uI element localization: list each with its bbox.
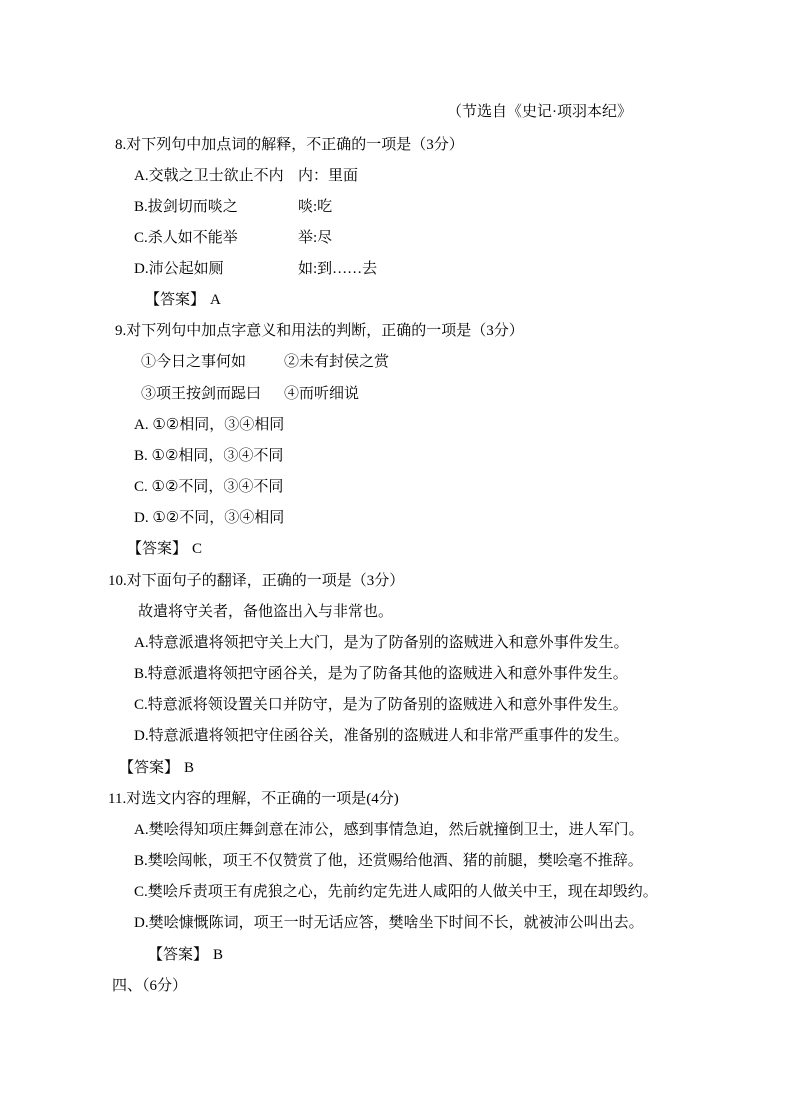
question-11-option-b: B.樊哙闯帐，项王不仅赞赏了他，还赏赐给他酒、猪的前腿，樊哙毫不推辞。 [134,851,643,871]
question-8-option-a: A.交戟之卫士欲止不内内：里面 [134,166,358,186]
answer-value: B [184,760,194,776]
question-10-option-c: C.特意派将领设置关口并防守，是为了防备别的盗贼进入和意外事件发生。 [134,695,628,715]
pair-left: ①今日之事何如 [141,352,284,372]
answer-value: C [192,541,202,557]
question-8-option-c: C.杀人如不能举举:尽 [134,228,332,248]
section-four-heading: 四、（6分） [112,976,187,996]
pair-right: ②未有封侯之赏 [284,354,389,370]
question-9-option-b: B. ①②相同，③④不同 [134,446,283,466]
question-8-answer: 【答案】A [145,290,221,310]
option-text: B.拔剑切而啖之 [134,197,298,217]
option-gloss: 如:到……去 [298,261,377,277]
question-11-option-d: D.樊哙慷慨陈词，项王一时无话应答，樊啥坐下时间不长，就被沛公叫出去。 [134,913,644,933]
option-gloss: 啖:吃 [298,199,332,215]
question-9-pair-2: ③项王按剑而跽曰④而听细说 [141,384,359,404]
answer-value: B [213,947,223,963]
answer-label: 【答案】 [119,760,179,776]
answer-value: A [210,292,221,308]
pair-right: ④而听细说 [284,386,359,402]
source-attribution: （节选自《史记·项羽本纪》 [447,102,632,122]
question-10-quote: 故遣将守关者，备他盗出入与非常也。 [138,602,393,622]
question-8-stem: 8.对下列句中加点词的解释，不正确的一项是（3分） [115,135,464,155]
question-10-option-d: D.特意派遣将领把守住函谷关，准备别的盗贼进人和非常严重事件的发生。 [134,726,629,746]
question-9-answer: 【答案】C [127,539,202,559]
question-11-answer: 【答案】B [148,945,223,965]
question-10-answer: 【答案】B [119,758,194,778]
question-11-option-a: A.樊哙得知项庄舞剑意在沛公，感到事情急迫，然后就撞倒卫士，进人军门。 [134,820,644,840]
option-text: D.沛公起如厕 [134,259,298,279]
answer-label: 【答案】 [127,541,187,557]
question-9-option-a: A. ①②相同，③④相同 [134,415,284,435]
exam-document-page: （节选自《史记·项羽本纪》 8.对下列句中加点词的解释，不正确的一项是（3分） … [0,0,790,1119]
answer-label: 【答案】 [148,947,208,963]
option-text: A.交戟之卫士欲止不内 [134,166,298,186]
question-11-option-c: C.樊哙斥责项王有虎狼之心，先前约定先进人咸阳的人做关中王，现在却毁约。 [134,882,658,902]
question-10-stem: 10.对下面句子的翻译，正确的一项是（3分） [108,571,404,591]
question-9-stem: 9.对下列句中加点字意义和用法的判断，正确的一项是（3分） [115,321,524,341]
question-8-option-d: D.沛公起如厕如:到……去 [134,259,377,279]
question-9-option-c: C. ①②不同，③④不同 [134,477,283,497]
option-gloss: 内：里面 [298,168,358,184]
option-text: C.杀人如不能举 [134,228,298,248]
question-8-option-b: B.拔剑切而啖之啖:吃 [134,197,332,217]
answer-label: 【答案】 [145,292,205,308]
question-10-option-a: A.特意派遣将领把守关上大门，是为了防备别的盗贼进入和意外事件发生。 [134,633,629,653]
question-9-pair-1: ①今日之事何如②未有封侯之赏 [141,352,389,372]
option-gloss: 举:尽 [298,230,332,246]
pair-left: ③项王按剑而跽曰 [141,384,284,404]
question-9-option-d: D. ①②不同，③④相同 [134,508,284,528]
question-10-option-b: B.特意派遣将领把守函谷关，是为了防备其他的盗贼进入和意外事件发生。 [134,664,628,684]
question-11-stem: 11.对选文内容的理解，不正确的一项是(4分) [108,789,399,809]
